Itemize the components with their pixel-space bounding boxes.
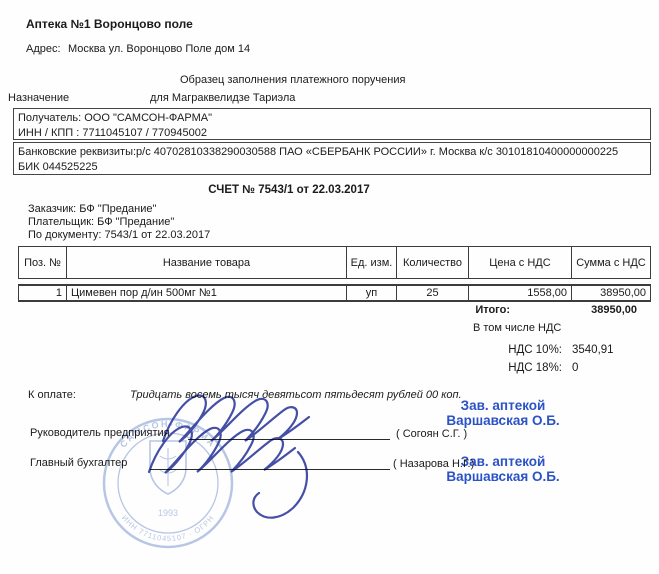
payer-line: Плательщик: БФ "Предание" xyxy=(28,216,174,228)
bank-line1: Банковские реквизиты:р/с 407028103382900… xyxy=(18,145,646,160)
vat10-label: НДС 10%: xyxy=(470,344,562,356)
address-label: Адрес: xyxy=(26,43,61,55)
due-label: К оплате: xyxy=(28,389,76,401)
approver-name: Варшавская О.Б. xyxy=(418,413,588,428)
bank-box: Банковские реквизиты:р/с 407028103382900… xyxy=(13,142,651,175)
invoice-title: СЧЕТ № 7543/1 от 22.03.2017 xyxy=(0,184,578,196)
purpose-label: Назначение xyxy=(8,92,69,104)
bank-line2: БИК 044525225 xyxy=(18,160,646,175)
cell-product: Цимевен пор д/ин 500мг №1 xyxy=(66,286,346,300)
cell-quantity: 25 xyxy=(396,286,468,300)
amount-in-words: Тридцать восемь тысяч девятьсот пятьдеся… xyxy=(130,389,462,401)
approver-role: Зав. аптекой xyxy=(418,398,588,413)
director-signature-line xyxy=(188,439,390,440)
approver-name: Варшавская О.Б. xyxy=(418,469,588,484)
accountant-name: ( Назарова Н.Г.) xyxy=(393,458,474,470)
by-document-line: По документу: 7543/1 от 22.03.2017 xyxy=(28,229,210,241)
accountant-label: Главный бухгалтер xyxy=(30,457,127,469)
accountant-signature-line xyxy=(150,469,390,470)
approver-stamp-1: Зав. аптекой Варшавская О.Б. xyxy=(418,398,588,428)
col-header-product: Название товара xyxy=(66,247,346,278)
col-header-sum: Сумма с НДС xyxy=(571,247,650,278)
vat10-value: 3540,91 xyxy=(572,344,614,356)
recipient-line1: Получатель: ООО "САМСОН-ФАРМА" xyxy=(18,111,646,126)
seal-inner-ring xyxy=(118,433,218,533)
total-value: 38950,00 xyxy=(537,304,637,316)
signature-tail-ink xyxy=(253,452,307,518)
address-value: Москва ул. Воронцово Поле дом 14 xyxy=(68,43,250,55)
total-label: Итого: xyxy=(430,304,510,316)
cell-unit: уп xyxy=(346,286,396,300)
invoice-scan-page: Аптека №1 Воронцово поле Адрес: Москва у… xyxy=(0,0,659,574)
cell-sum: 38950,00 xyxy=(571,286,650,300)
svg-text:ИНН 7711045107 · ОГРН: ИНН 7711045107 · ОГРН xyxy=(120,513,216,543)
vat-including-label: В том числе НДС xyxy=(473,322,561,334)
table-row: 1 Цимевен пор д/ин 500мг №1 уп 25 1558,0… xyxy=(18,284,651,302)
vat18-value: 0 xyxy=(572,362,578,374)
pharmacy-title: Аптека №1 Воронцово поле xyxy=(26,17,193,31)
vat18-label: НДС 18%: xyxy=(470,362,562,374)
seal-shield-emblem xyxy=(150,441,186,494)
recipient-box: Получатель: ООО "САМСОН-ФАРМА" ИНН / КПП… xyxy=(13,108,651,140)
accountant-signature-ink xyxy=(149,426,295,473)
col-header-quantity: Количество xyxy=(396,247,468,278)
cell-price: 1558,00 xyxy=(468,286,571,300)
cell-position: 1 xyxy=(19,286,66,300)
purpose-value: для Маграквелидзе Тариэла xyxy=(150,92,295,104)
seal-year: 1993 xyxy=(158,508,178,518)
col-header-price: Цена с НДС xyxy=(468,247,571,278)
seal-bottom-text: ИНН 7711045107 · ОГРН xyxy=(120,513,216,543)
director-label: Руководитель предприятия xyxy=(30,427,170,439)
col-header-position: Поз. № xyxy=(19,247,66,278)
sample-line: Образец заполнения платежного поручения xyxy=(180,74,405,86)
col-header-unit: Ед. изм. xyxy=(346,247,396,278)
director-signature-ink xyxy=(163,395,309,442)
customer-line: Заказчик: БФ "Предание" xyxy=(28,203,156,215)
recipient-line2: ИНН / КПП : 7711045107 / 770945002 xyxy=(18,126,646,141)
seal-shield-detail xyxy=(160,448,176,486)
director-name: ( Согоян С.Г. ) xyxy=(396,428,467,440)
table-header-row: Поз. № Название товара Ед. изм. Количест… xyxy=(18,246,651,279)
